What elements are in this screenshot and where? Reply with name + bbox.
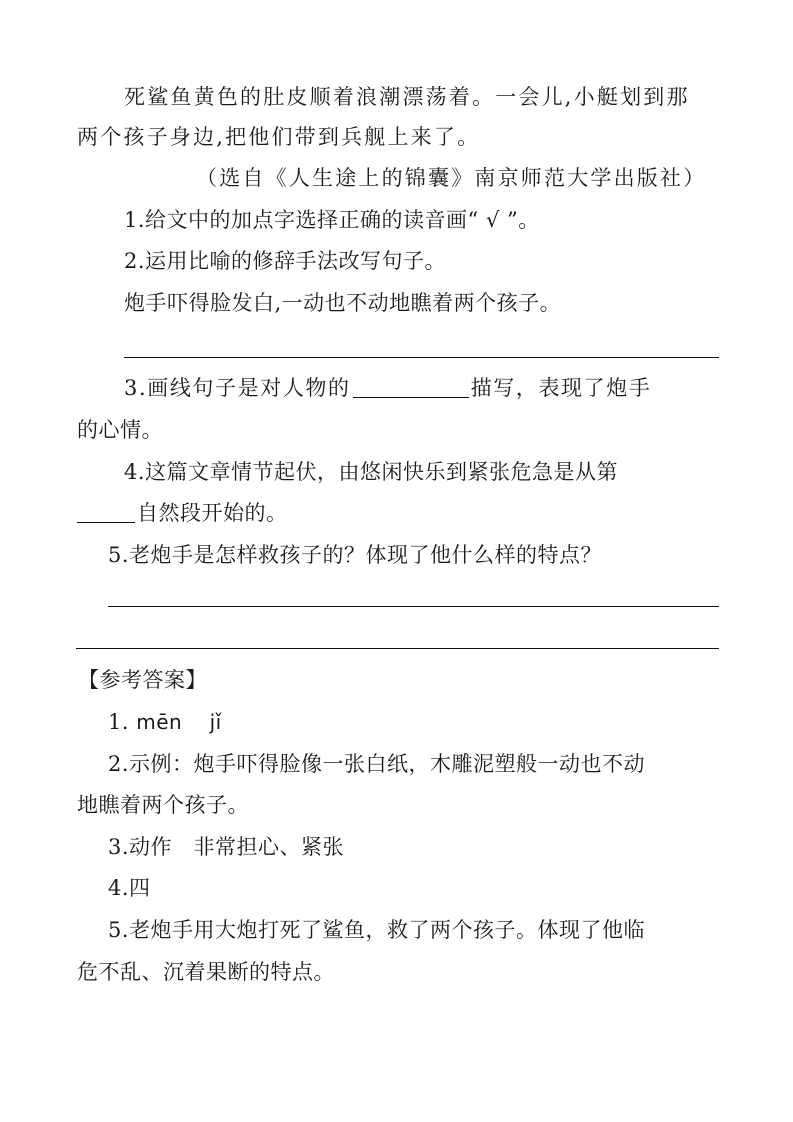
question-3-line-2: 的心情。 xyxy=(77,415,163,445)
answer-5: 5.老炮手用大炮打死了鲨鱼，救了两个孩子。体现了他临 xyxy=(108,915,645,945)
answer-2-line-2: 地瞧着两个孩子。 xyxy=(77,790,249,820)
story-source: （选自《人生途上的锦囊》南京师范大学出版社） xyxy=(196,163,706,193)
answer-3: 3.动作 非常担心、紧张 xyxy=(108,832,344,862)
question-3: 3.画线句子是对人物的描写，表现了炮手 xyxy=(124,373,651,403)
answer-line-q5-1[interactable] xyxy=(108,606,719,607)
answer-line-q2[interactable] xyxy=(124,357,719,358)
story-line-1: 死鲨鱼黄色的肚皮顺着浪潮漂荡着。一会儿,小艇划到那 xyxy=(124,82,690,112)
answer-1-number: 1. xyxy=(108,710,129,734)
answer-1-pinyin: mēn jǐ xyxy=(136,710,222,734)
question-5: 5.老炮手是怎样救孩子的？体现了他什么样的特点？ xyxy=(108,540,602,570)
question-1: 1.给文中的加点字选择正确的读音画“ √ ”。 xyxy=(124,205,540,235)
answer-blank-q4[interactable] xyxy=(77,500,135,523)
question-4: 4.这篇文章情节起伏，由悠闲快乐到紧张危急是从第 xyxy=(124,457,618,487)
page-content: 死鲨鱼黄色的肚皮顺着浪潮漂荡着。一会儿,小艇划到那 两个孩子身边,把他们带到兵舰… xyxy=(0,0,719,1122)
answer-4: 4.四 xyxy=(108,873,151,903)
question-2: 2.运用比喻的修辞手法改写句子。 xyxy=(124,246,446,276)
question-2-sentence: 炮手吓得脸发白,一动也不动地瞧着两个孩子。 xyxy=(124,288,561,318)
document-page: 死鲨鱼黄色的肚皮顺着浪潮漂荡着。一会儿,小艇划到那 两个孩子身边,把他们带到兵舰… xyxy=(0,0,793,1122)
question-4-suffix: 自然段开始的。 xyxy=(137,501,288,525)
answer-5-line-2: 危不乱、沉着果断的特点。 xyxy=(77,957,335,987)
answer-line-q5-2[interactable] xyxy=(76,648,719,649)
question-4-line-2: 自然段开始的。 xyxy=(77,498,288,528)
answers-heading: 【参考答案】 xyxy=(78,665,207,695)
question-3-prefix: 3.画线句子是对人物的 xyxy=(124,376,351,400)
question-3-suffix: 描写，表现了炮手 xyxy=(471,376,652,400)
answer-blank-q3[interactable] xyxy=(353,375,469,398)
answer-1: 1. mēn jǐ xyxy=(108,707,222,737)
answer-2: 2.示例：炮手吓得脸像一张白纸，木雕泥塑般一动也不动 xyxy=(108,749,645,779)
story-line-2: 两个孩子身边,把他们带到兵舰上来了。 xyxy=(77,122,480,152)
